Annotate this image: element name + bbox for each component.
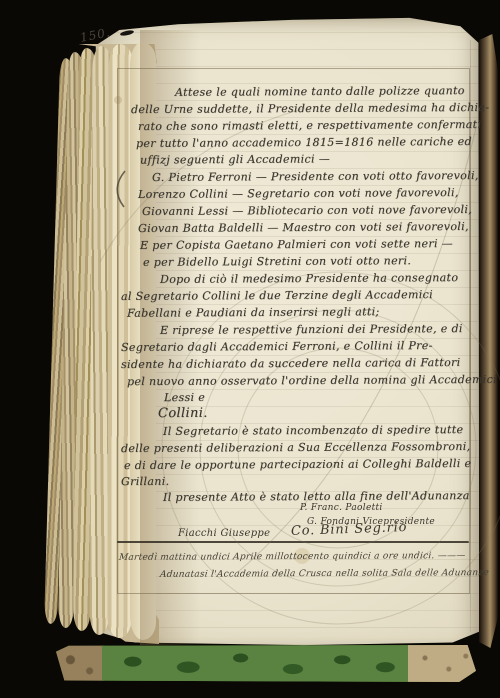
binding-gutter (479, 34, 498, 648)
footer-annotation-line: Adunatasi l'Accademia della Crusca nella… (159, 568, 489, 580)
manuscript-line: delle presenti deliberazioni a Sua Eccel… (121, 440, 471, 455)
manuscript-line: Segretario dagli Accademici Ferroni, e C… (121, 339, 433, 354)
manuscript-line: Il Segretario è stato incombenzato di sp… (163, 423, 463, 438)
manuscript-line: Grillani. (121, 475, 170, 488)
manuscript-line: G. Pietro Ferroni — Presidente con voti … (152, 169, 479, 184)
signature: P. Franc. Paoletti (300, 503, 383, 513)
manuscript-line: Attese le quali nomine tanto dalle poliz… (175, 84, 465, 99)
board-corner-left (56, 645, 104, 682)
manuscript-line: Lorenzo Collini — Segretario con voti no… (138, 186, 459, 201)
manuscript-line: Il presente Atto è stato letto alla fine… (163, 489, 470, 504)
manuscript-line: delle Urne suddette, il Presidente della… (131, 101, 489, 116)
manuscript-line: Giovanni Lessi — Bibliotecario con voti … (142, 203, 472, 218)
manuscript-line: e di dare le opportune partecipazioni ai… (124, 457, 471, 472)
manuscript-line: Lessi e (164, 391, 205, 404)
signature: Fiacchi Giuseppe (178, 528, 270, 539)
footer-annotation-line: Martedì mattina undici Aprile millottoce… (118, 551, 466, 563)
manuscript-line: per tutto l'anno accademico 1815=1816 ne… (136, 135, 472, 150)
manuscript-line: al Segretario Collini le due Terzine deg… (121, 288, 433, 303)
manuscript-line: Fabellani e Paudiani da inserirsi negli … (127, 305, 380, 320)
book-cover-board-edge (56, 645, 476, 682)
closing-rule (117, 541, 469, 543)
photograph-of-manuscript: { "colors": { "background": "#0a0805", "… (0, 0, 500, 698)
manuscript-line: Collini. (158, 407, 208, 420)
manuscript-line: E per Copista Gaetano Palmieri con voti … (140, 237, 453, 252)
manuscript-line: Giovan Batta Baldelli — Maestro con voti… (138, 220, 469, 235)
manuscript-line: rato che sono rimasti eletti, e respetti… (138, 118, 481, 133)
green-marbled-edge (102, 645, 410, 682)
manuscript-line: uffizj seguenti gli Accademici — (140, 152, 330, 166)
manuscript-line: e per Bidello Luigi Stretini con voti ot… (143, 254, 411, 269)
board-corner-right (408, 645, 476, 682)
manuscript-line: E riprese le respettive funzioni dei Pre… (160, 322, 463, 337)
manuscript-line: sidente ha dichiarato da succedere nella… (121, 356, 461, 371)
manuscript-line: Dopo di ciò il medesimo Presidente ha co… (160, 271, 458, 286)
manuscript-line: pel nuovo anno osservato l'ordine della … (127, 373, 497, 388)
